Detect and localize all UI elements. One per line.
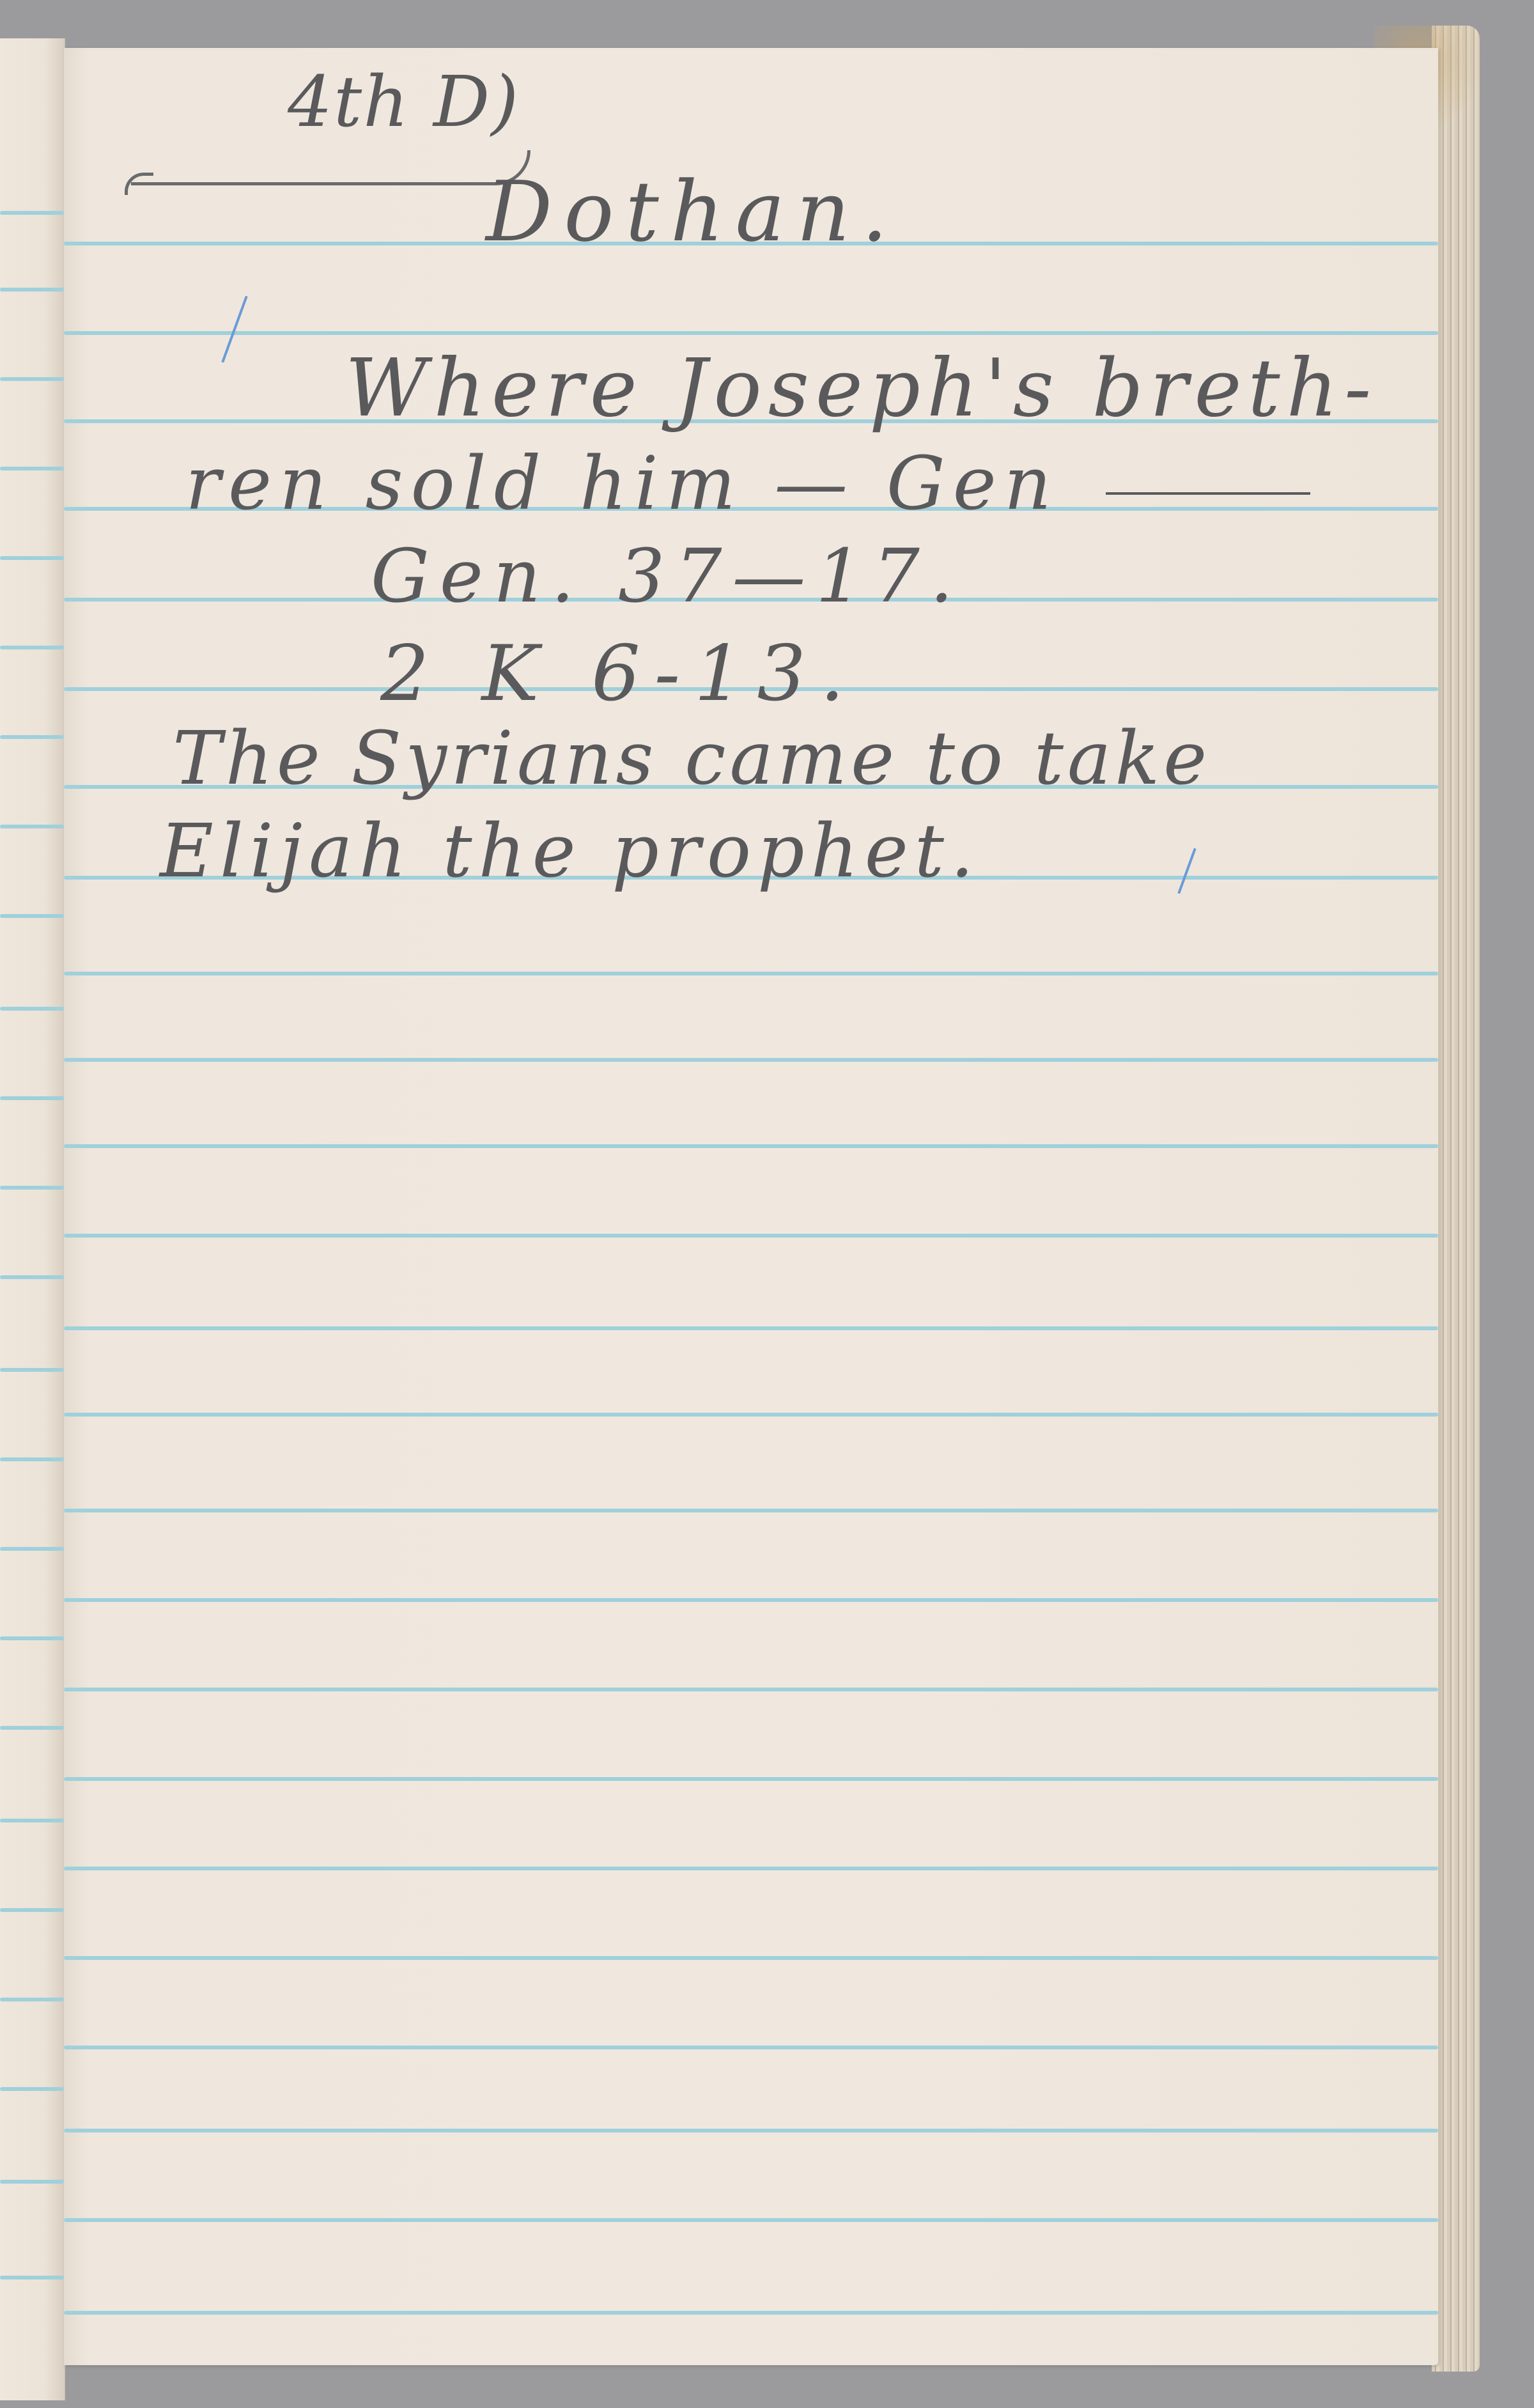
left-page-edge — [0, 38, 65, 2400]
text-line-5: The Syrians came to take — [173, 716, 1211, 802]
page-title: Dothan. — [486, 163, 899, 260]
heading-label: 4th D) — [288, 61, 520, 143]
heading-underline-flourish — [131, 150, 531, 185]
strikethrough-mark — [1106, 492, 1310, 495]
page-edges-stack — [1432, 26, 1480, 2372]
text-line-1: Where Joseph's breth- — [345, 342, 1377, 435]
text-line-4: 2 K 6-13. — [380, 630, 858, 719]
text-line-6: Elijah the prophet. — [160, 809, 980, 894]
text-line-3: Gen. 37—17. — [371, 534, 963, 619]
text-line-2: ren sold him — Gen — [185, 441, 1059, 527]
